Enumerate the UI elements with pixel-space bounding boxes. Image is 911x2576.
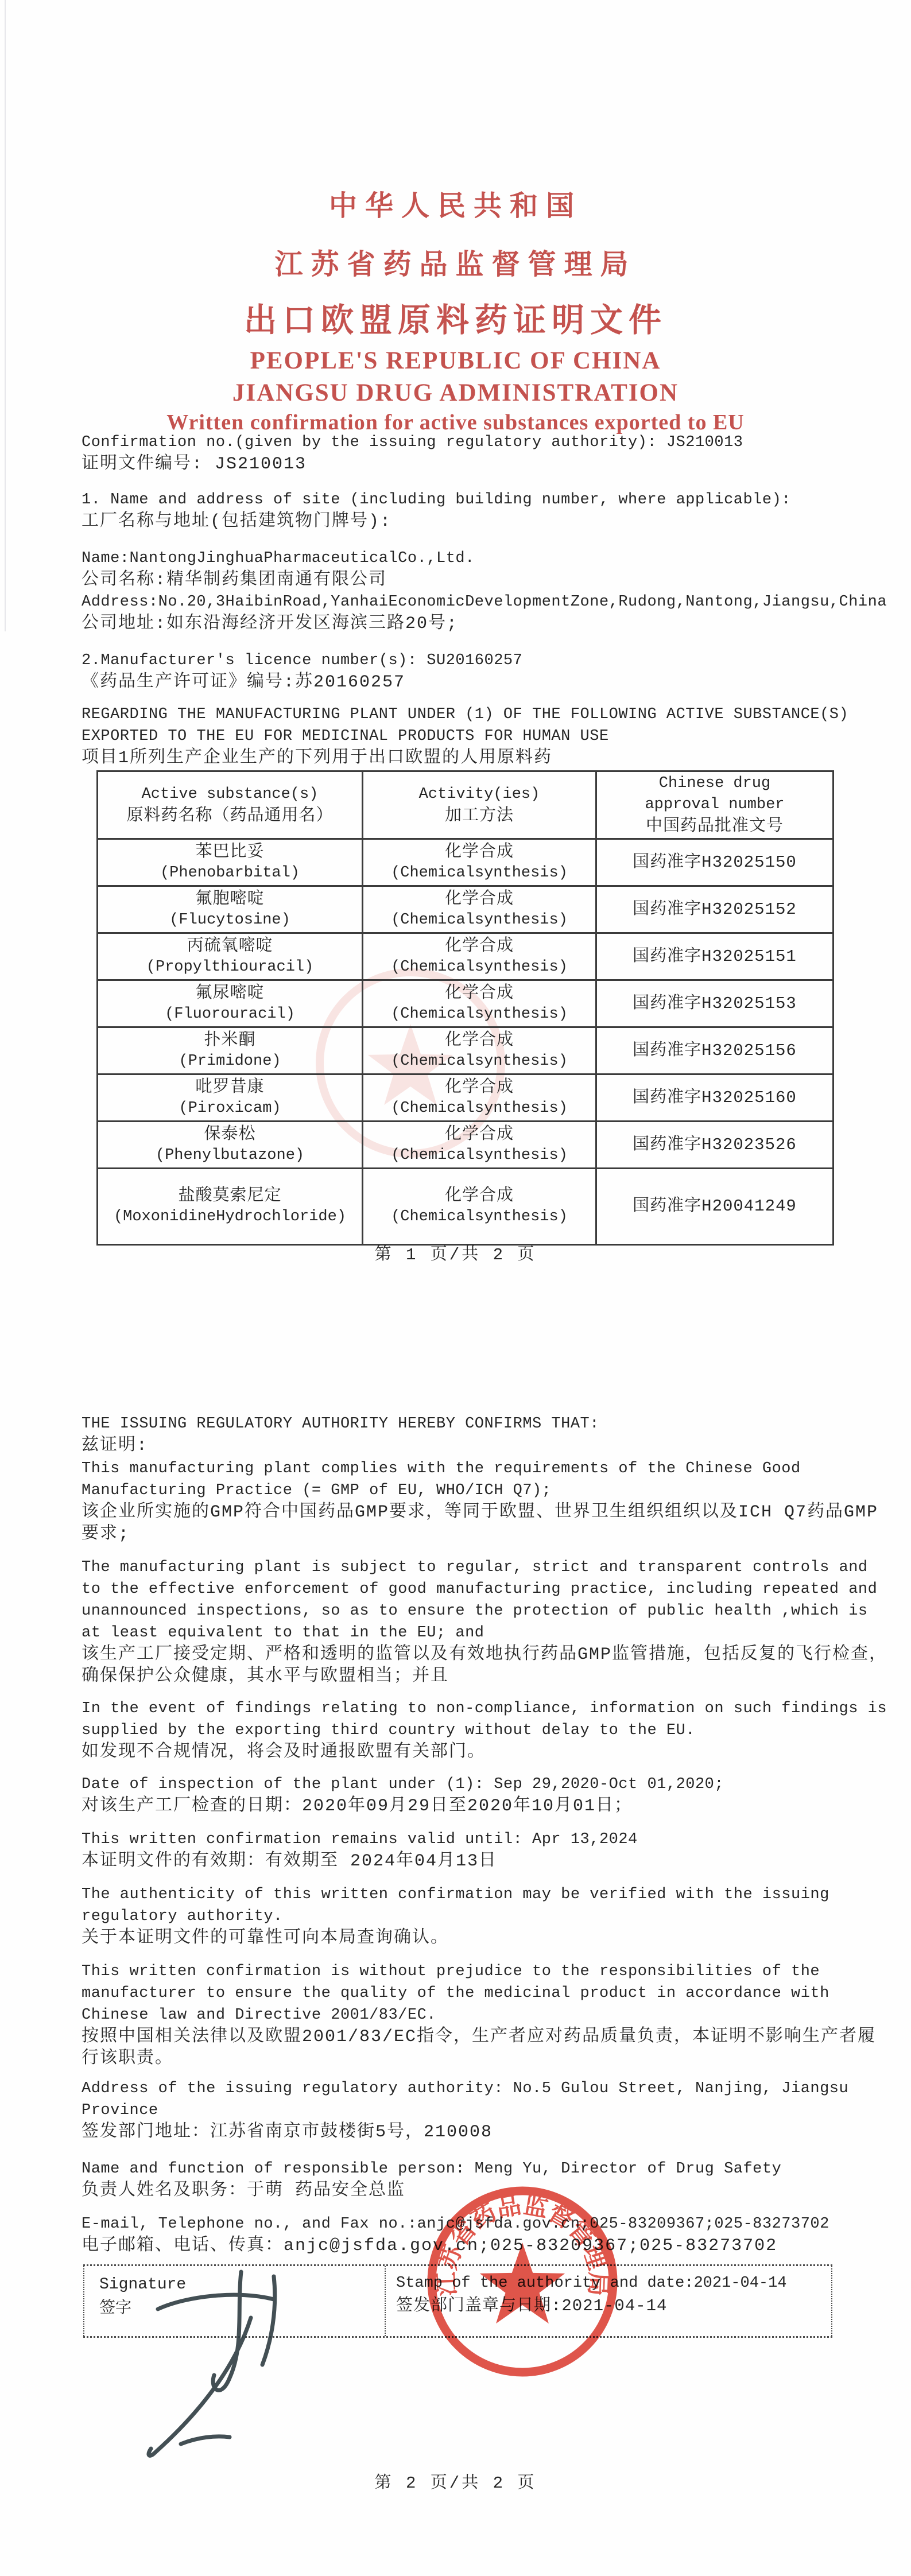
- section1-en: 1. Name and address of site (including b…: [82, 489, 892, 511]
- manufacturer-name-en: Name:NantongJinghuaPharmaceuticalCo.,Ltd…: [82, 548, 892, 569]
- licence-number-zh: 《药品生产许可证》编号:苏20160257: [82, 672, 892, 693]
- scanned-certificate-document: 中华人民共和国 江苏省药品监督管理局 出口欧盟原料药证明文件 PEOPLE'S …: [0, 0, 911, 2576]
- manufacturer-name-zh: 公司名称:精华制药集团南通有限公司: [82, 569, 892, 591]
- manufacturer-address-zh: 公司地址:如东沿海经济开发区海滨三路20号;: [82, 613, 892, 635]
- section1-zh: 工厂名称与地址(包括建筑物门牌号):: [82, 511, 892, 533]
- table-row: 氟胞嘧啶(Flucytosine) 化学合成(Chemicalsynthesis…: [98, 886, 834, 933]
- section1-heading: 1. Name and address of site (including b…: [82, 489, 892, 533]
- title-authority-en: JIANGSU DRUG ADMINISTRATION: [0, 379, 911, 407]
- title-country-en: PEOPLE'S REPUBLIC OF CHINA: [0, 347, 911, 375]
- confirmation-number-en: Confirmation no.(given by the issuing re…: [82, 432, 892, 453]
- authenticity-paragraph: The authenticity of this written confirm…: [82, 1884, 892, 1949]
- table-row: 吡罗昔康(Piroxicam) 化学合成(Chemicalsynthesis) …: [98, 1074, 834, 1122]
- header-active-substance: Active substance(s) 原料药名称（药品通用名）: [98, 771, 363, 839]
- regarding-statement: REGARDING THE MANUFACTURING PLANT UNDER …: [82, 704, 892, 769]
- table-row: 氟尿嘧啶(Fluorouracil) 化学合成(Chemicalsynthesi…: [98, 980, 834, 1027]
- prejudice-paragraph: This written confirmation is without pre…: [82, 1961, 892, 2070]
- manufacturer-name-address-block: Name:NantongJinghuaPharmaceuticalCo.,Ltd…: [82, 548, 892, 635]
- regarding-zh: 项目1所列生产企业生产的下列用于出口欧盟的人用原料药: [82, 747, 892, 769]
- manufacturer-address-en: Address:No.20,3HaibinRoad,YanhaiEconomic…: [82, 591, 892, 613]
- table-row: 苯巴比妥(Phenobarbital) 化学合成(Chemicalsynthes…: [98, 839, 834, 886]
- table-header-row: Active substance(s) 原料药名称（药品通用名） Activit…: [98, 771, 834, 839]
- section2-heading: 2.Manufacturer's licence number(s): SU20…: [82, 650, 892, 693]
- confirmation-number-block: Confirmation no.(given by the issuing re…: [82, 432, 892, 475]
- title-authority-zh: 江苏省药品监督管理局: [0, 242, 911, 282]
- validity-paragraph: This written confirmation remains valid …: [82, 1829, 892, 1872]
- table-row: 盐酸莫索尼定(MoxonidineHydrochloride) 化学合成(Che…: [98, 1169, 834, 1245]
- title-country: 中华人民共和国: [0, 184, 911, 224]
- substances-table: Active substance(s) 原料药名称（药品通用名） Activit…: [96, 770, 834, 1246]
- table-row: 扑米酮(Primidone) 化学合成(Chemicalsynthesis) 国…: [98, 1027, 834, 1074]
- table-row: 保泰松(Phenylbutazone) 化学合成(Chemicalsynthes…: [98, 1122, 834, 1169]
- non-compliance-paragraph: In the event of findings relating to non…: [82, 1698, 892, 1763]
- table-row: 丙硫氧嘧啶(Propylthiouracil) 化学合成(Chemicalsyn…: [98, 933, 834, 980]
- title-document-zh: 出口欧盟原料药证明文件: [0, 294, 911, 341]
- official-seal-stamp: 江苏省药品监督管理局: [425, 2184, 620, 2379]
- regarding-en: REGARDING THE MANUFACTURING PLANT UNDER …: [82, 704, 892, 747]
- page-1-number: 第 1 页/共 2 页: [0, 1241, 911, 1264]
- page-2-number: 第 2 页/共 2 页: [0, 2469, 911, 2493]
- star-icon: [480, 2243, 565, 2323]
- authority-address-paragraph: Address of the issuing regulatory author…: [82, 2078, 892, 2143]
- header-activity: Activity(ies) 加工方法: [363, 771, 596, 839]
- licence-number-en: 2.Manufacturer's licence number(s): SU20…: [82, 650, 892, 672]
- handwritten-signature: [123, 2255, 319, 2473]
- confirms-heading: THE ISSUING REGULATORY AUTHORITY HEREBY …: [82, 1413, 892, 1457]
- header-approval-number: Chinese drug approval number 中国药品批准文号: [596, 771, 834, 839]
- controls-paragraph: The manufacturing plant is subject to re…: [82, 1557, 892, 1687]
- gmp-compliance-paragraph: This manufacturing plant complies with t…: [82, 1458, 892, 1545]
- confirmation-number-zh: 证明文件编号: JS210013: [82, 453, 892, 475]
- inspection-date-paragraph: Date of inspection of the plant under (1…: [82, 1774, 892, 1817]
